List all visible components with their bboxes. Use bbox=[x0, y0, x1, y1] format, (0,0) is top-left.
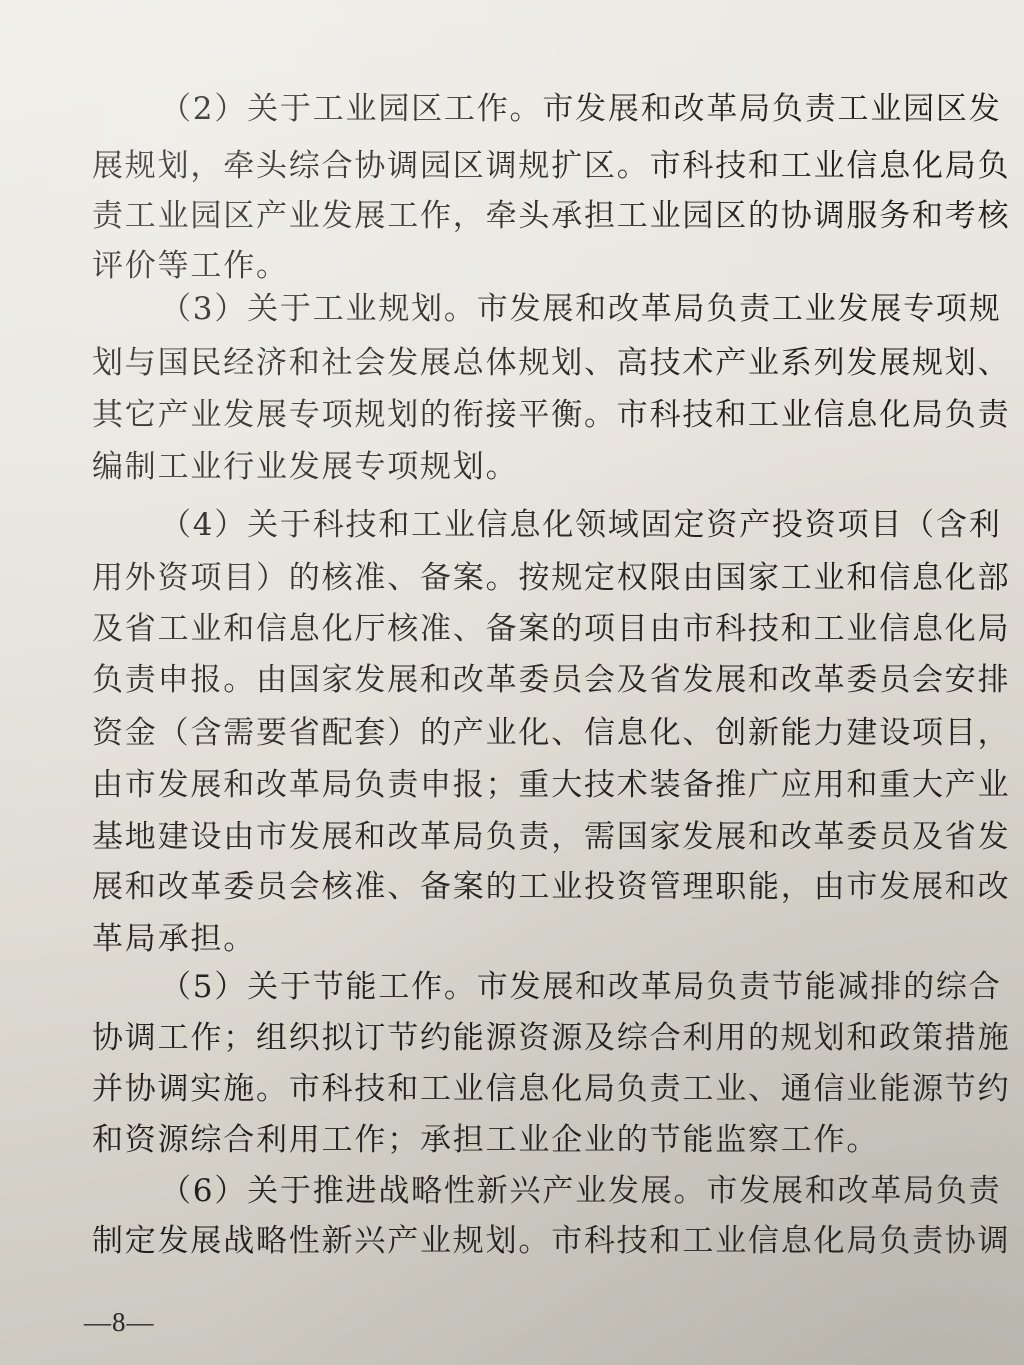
text-line: 由市发展和改革局负责申报；重大技术装备推广应用和重大产业 bbox=[92, 762, 932, 808]
text-line: 并协调实施。市科技和工业信息化局负责工业、通信业能源节约 bbox=[92, 1066, 932, 1112]
text-line: 制定发展战略性新兴产业规划。市科技和工业信息化局负责协调 bbox=[92, 1218, 932, 1264]
text-line: 负责申报。由国家发展和改革委员会及省发展和改革委员会安排 bbox=[92, 657, 932, 703]
text-line: 资金（含需要省配套）的产业化、信息化、创新能力建设项目， bbox=[92, 710, 932, 756]
text-line: 和资源综合利用工作；承担工业企业的节能监察工作。 bbox=[92, 1117, 879, 1163]
text-line: 编制工业行业发展专项规划。 bbox=[92, 444, 518, 490]
text-line: 责工业园区产业发展工作，牵头承担工业园区的协调服务和考核 bbox=[92, 193, 932, 239]
text-line: 基地建设由市发展和改革局负责，需国家发展和改革委员及省发 bbox=[92, 814, 932, 860]
text-line: 协调工作；组织拟订节约能源资源及综合利用的规划和政策措施 bbox=[92, 1015, 932, 1061]
text-line: 革局承担。 bbox=[92, 916, 256, 962]
text-line: 评价等工作。 bbox=[92, 243, 289, 289]
text-line: （4）关于科技和工业信息化领域固定资产投资项目（含利 bbox=[160, 502, 932, 548]
text-line: 划与国民经济和社会发展总体规划、高技术产业系列发展规划、 bbox=[92, 340, 932, 386]
document-page: （2）关于工业园区工作。市发展和改革局负责工业园区发 展规划，牵头综合协调园区调… bbox=[0, 0, 1024, 1365]
text-line: （2）关于工业园区工作。市发展和改革局负责工业园区发 bbox=[160, 86, 932, 132]
text-line: 其它产业发展专项规划的衔接平衡。市科技和工业信息化局负责 bbox=[92, 392, 932, 438]
text-line: （5）关于节能工作。市发展和改革局负责节能减排的综合 bbox=[160, 964, 932, 1010]
text-line: （3）关于工业规划。市发展和改革局负责工业发展专项规 bbox=[160, 286, 932, 332]
page-number: —8— bbox=[84, 1302, 155, 1342]
text-line: 及省工业和信息化厅核准、备案的项目由市科技和工业信息化局 bbox=[92, 606, 932, 652]
text-line: 展规划，牵头综合协调园区调规扩区。市科技和工业信息化局负 bbox=[92, 143, 932, 189]
text-line: 展和改革委员会核准、备案的工业投资管理职能，由市发展和改 bbox=[92, 864, 932, 910]
text-line: （6）关于推进战略性新兴产业发展。市发展和改革局负责 bbox=[160, 1168, 932, 1214]
text-line: 用外资项目）的核准、备案。按规定权限由国家工业和信息化部 bbox=[92, 555, 932, 601]
